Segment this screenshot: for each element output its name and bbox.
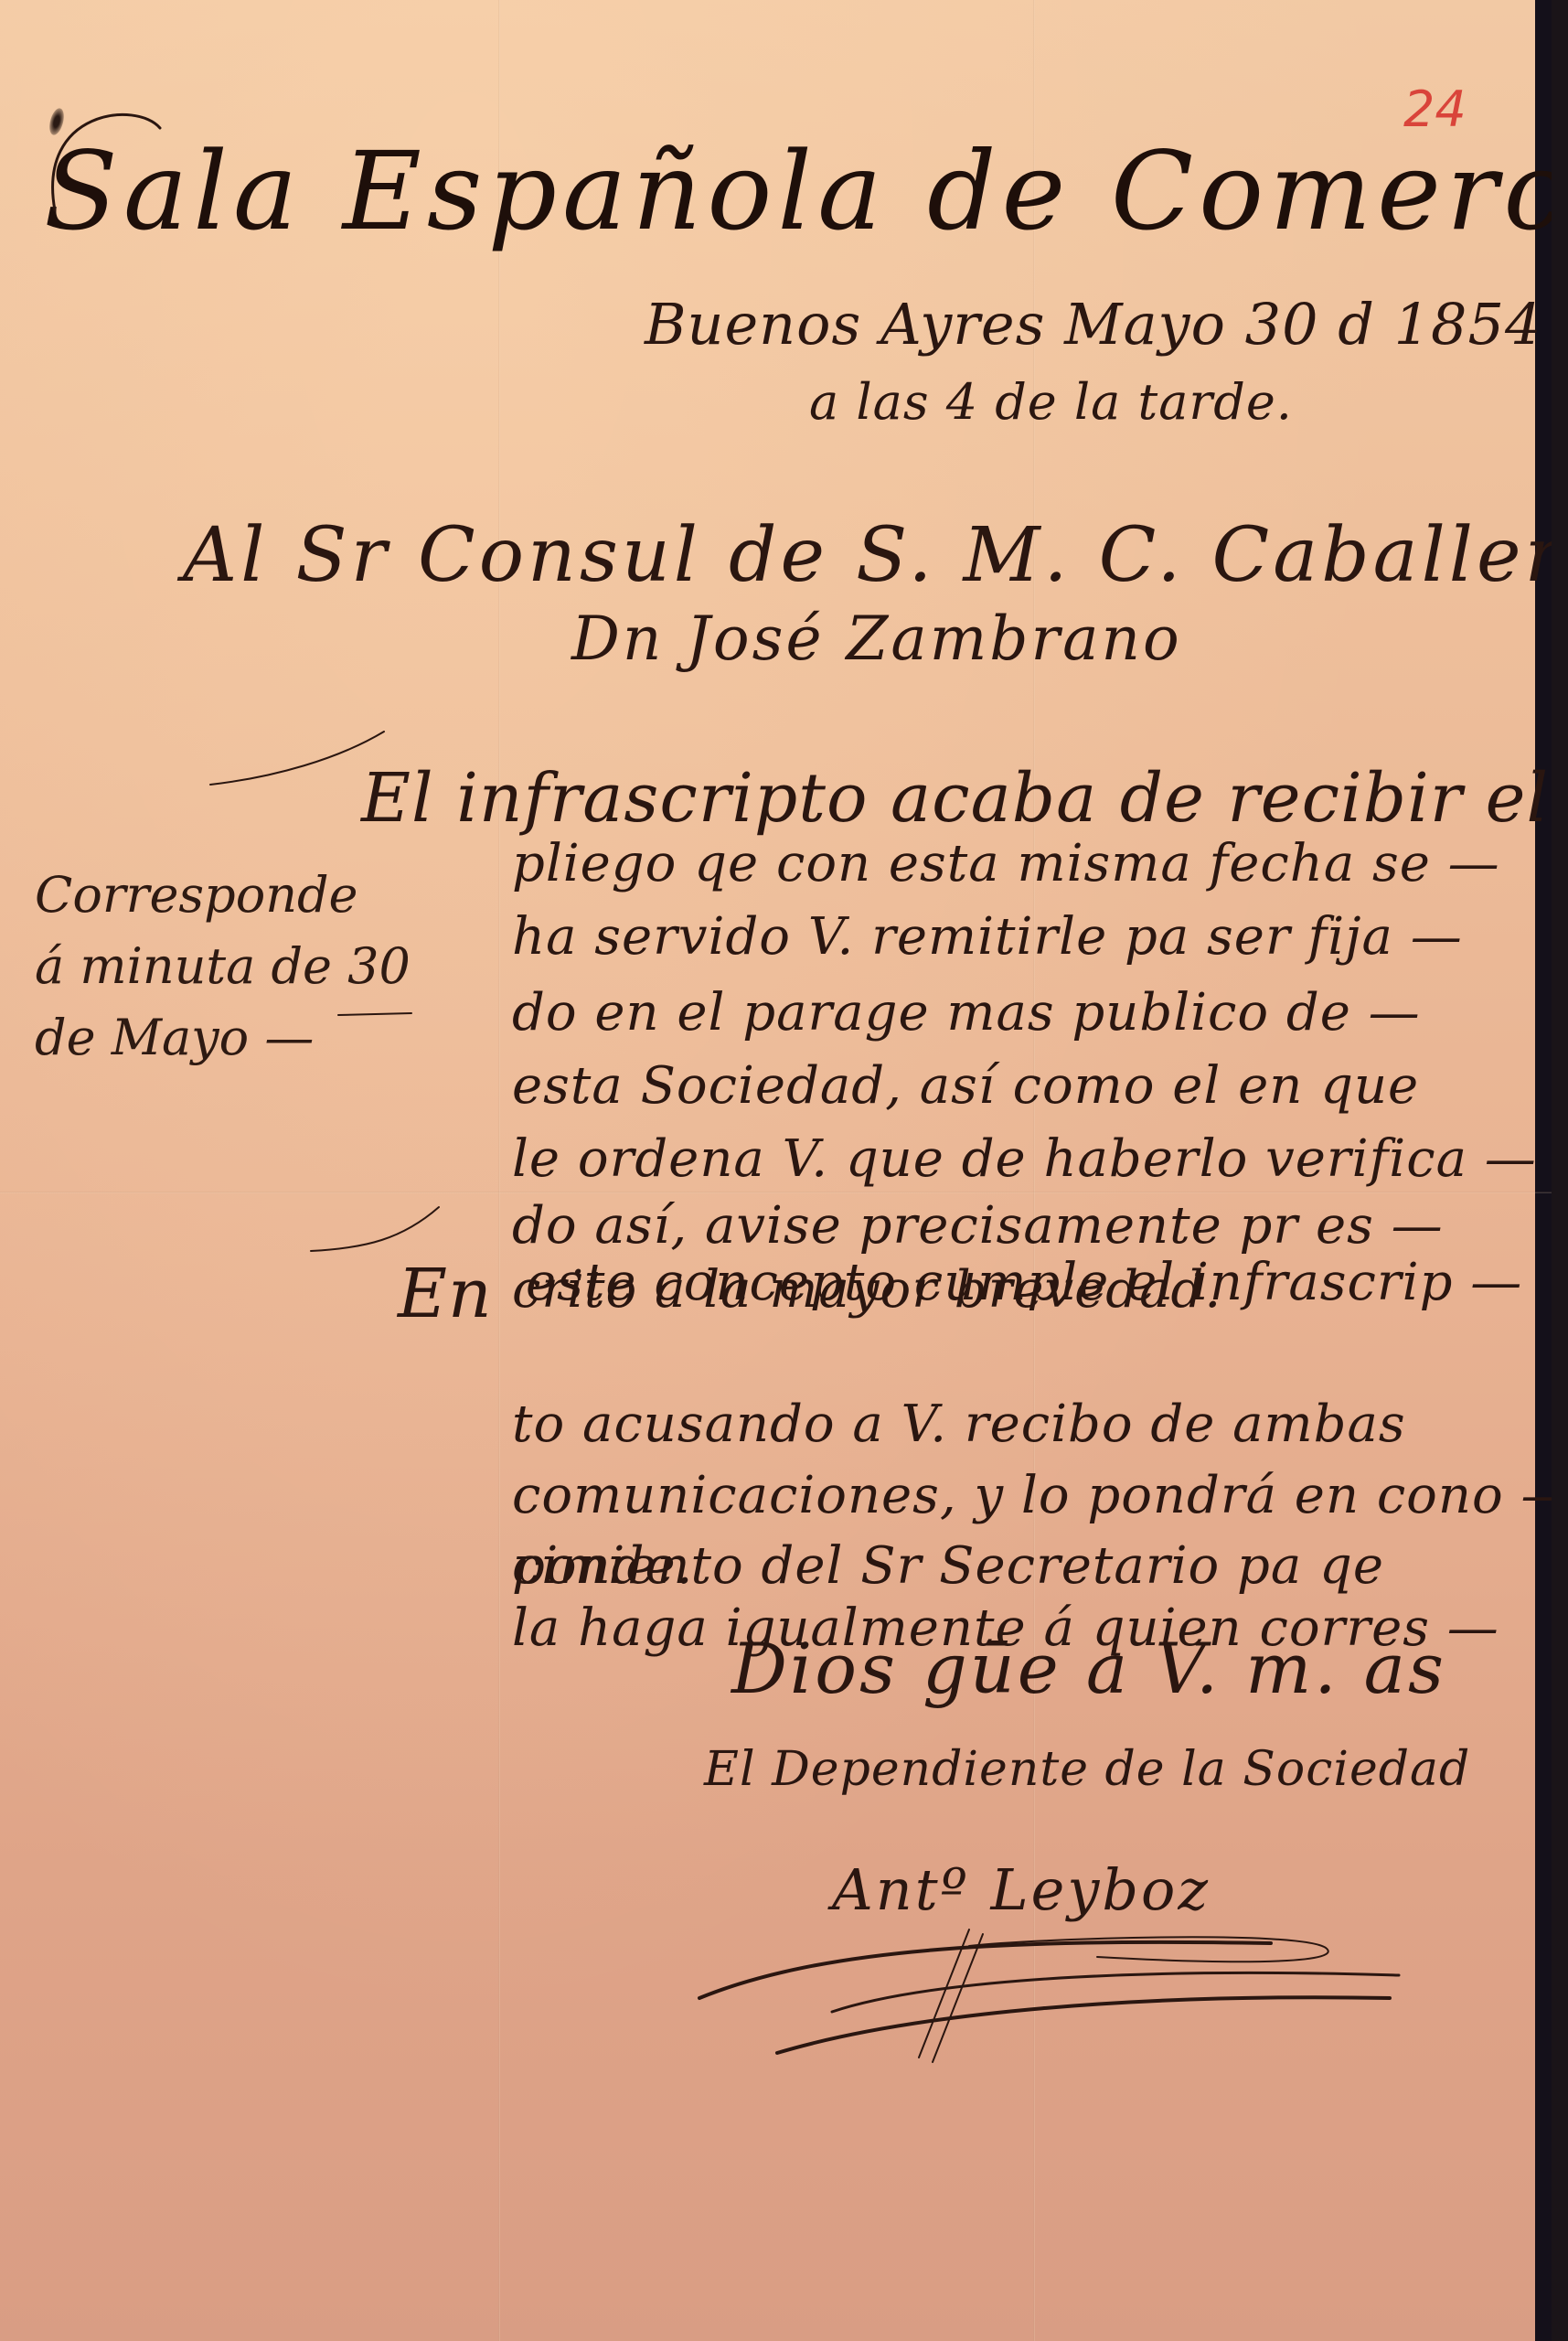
body-line: to acusando a V. recibo de ambas xyxy=(512,1395,1406,1454)
body-line: le ordena V. que de haberlo verifica — xyxy=(512,1129,1537,1189)
signature-name: Antº Leyboz xyxy=(832,1856,1211,1923)
margin-note-line: de Mayo — xyxy=(35,1002,411,1074)
closing-salutation: Dios gūe a V. m. as xyxy=(731,1628,1446,1709)
letterhead-title: Sala Española de Comercio. xyxy=(44,128,1552,254)
margin-note-line: á minuta de 30 xyxy=(35,931,411,1002)
body-paragraph-initial: En xyxy=(398,1255,493,1333)
fold-line-horizontal xyxy=(0,1192,1552,1193)
time-of-day: a las 4 de la tarde. xyxy=(809,373,1293,431)
place-date: Buenos Ayres Mayo 30 d 1854 xyxy=(645,291,1541,358)
body-line: ha servido V. remitirle pa ser fija — xyxy=(512,907,1463,967)
body-line: pliego qe con esta misma fecha se — xyxy=(512,834,1500,893)
body-line: do así, avise precisamente pr es — xyxy=(512,1196,1444,1256)
margin-note: Corresponde á minuta de 30 de Mayo — xyxy=(35,860,411,1074)
body-line: ponde. xyxy=(512,1536,693,1596)
signatory-title: El Dependiente de la Sociedad xyxy=(704,1742,1470,1797)
body-line: este concepto cumple el infrascrip — xyxy=(526,1253,1522,1312)
body-line: do en el parage mas publico de — xyxy=(512,983,1421,1042)
addressee-line-1: Al Sr Consul de S. M. C. Caballero xyxy=(183,512,1552,599)
addressee-line-2: Dn José Zambrano xyxy=(571,604,1182,674)
margin-note-line: Corresponde xyxy=(35,860,411,931)
fold-line-vertical xyxy=(498,0,500,2341)
document-page: 24 Sala Española de Comercio. Buenos Ayr… xyxy=(0,0,1552,2341)
body-line: El infrascripto acaba de recibir el — xyxy=(361,759,1552,838)
body-line: comunicaciones, y lo pondrá en cono — xyxy=(512,1466,1552,1525)
body-line: esta Sociedad, así como el en que xyxy=(512,1056,1419,1116)
